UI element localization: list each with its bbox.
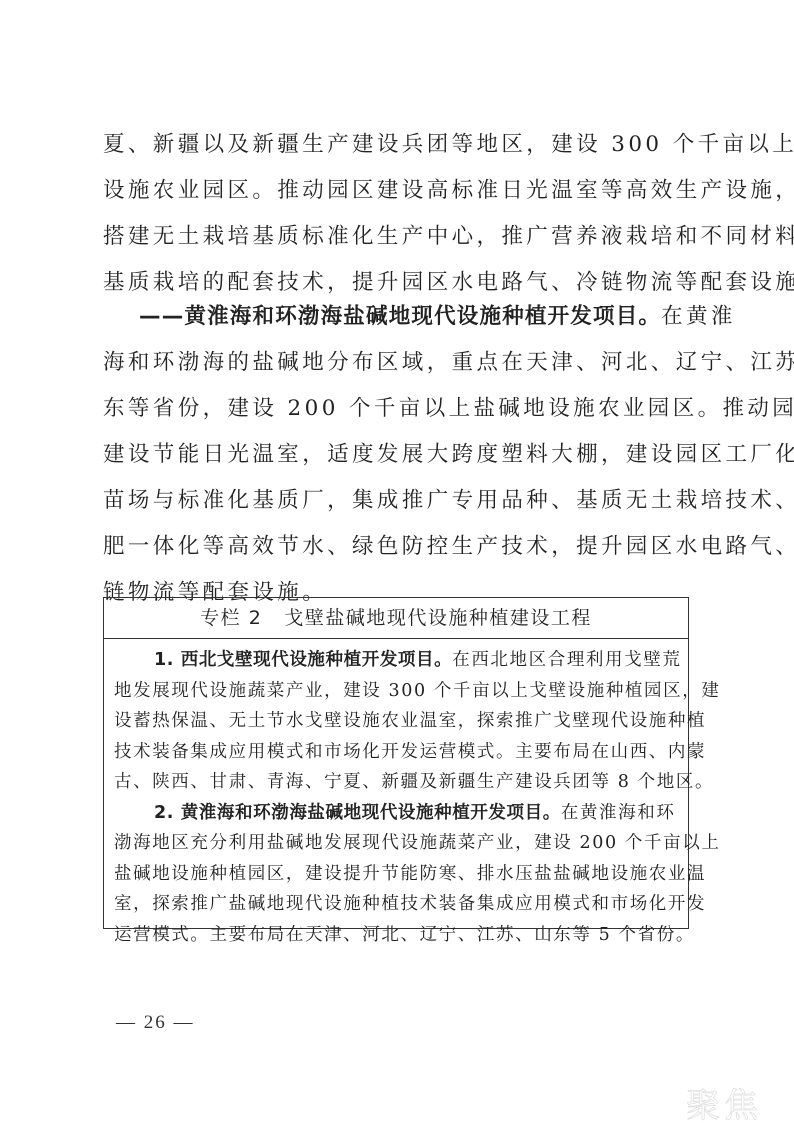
text-line: 古、陕西、甘肃、青海、宁夏、新疆及新疆生产建设兵团等 8 个地区。 [114, 767, 680, 798]
box-title: 专栏 2戈壁盐碱地现代设施种植建设工程 [104, 598, 688, 639]
text-line: ——黄淮海和环渤海盐碱地现代设施种植开发项目。在黄淮 [103, 294, 693, 340]
sidebar-box-column-2: 专栏 2戈壁盐碱地现代设施种植建设工程 1. 西北戈壁现代设施种植开发项目。在西… [103, 597, 689, 929]
text-line: 夏、新疆以及新疆生产建设兵团等地区，建设 300 个千亩以上戈壁 [103, 122, 693, 168]
box-body: 1. 西北戈壁现代设施种植开发项目。在西北地区合理利用戈壁荒 地发展现代设施蔬菜… [104, 639, 688, 950]
text-line: 搭建无土栽培基质标准化生产中心，推广营养液栽培和不同材料 [103, 214, 693, 260]
text-line: 设施农业园区。推动园区建设高标准日光温室等高效生产设施， [103, 168, 693, 214]
section-heading: ——黄淮海和环渤海盐碱地现代设施种植开发项目。 [139, 304, 661, 329]
text-fragment: 在西北地区合理利用戈壁荒 [452, 650, 681, 670]
text-line: 东等省份，建设 200 个千亩以上盐碱地设施农业园区。推动园区 [103, 386, 693, 432]
text-line: 海和环渤海的盐碱地分布区域，重点在天津、河北、辽宁、江苏、山 [103, 340, 693, 386]
text-line: 肥一体化等高效节水、绿色防控生产技术，提升园区水电路气、冷 [103, 524, 693, 570]
text-fragment: 在黄淮海和环 [561, 803, 676, 823]
text-line: 技术装备集成应用模式和市场化开发运营模式。主要布局在山西、内蒙 [114, 737, 680, 768]
watermark: 聚焦 [686, 1078, 762, 1123]
text-line: 1. 西北戈壁现代设施种植开发项目。在西北地区合理利用戈壁荒 [114, 645, 680, 676]
box-title-label: 专栏 2 [200, 607, 262, 629]
text-line: 建设节能日光温室，适度发展大跨度塑料大棚，建设园区工厂化种 [103, 432, 693, 478]
text-line: 渤海地区充分利用盐碱地发展现代设施蔬菜产业，建设 200 个千亩以上 [114, 828, 680, 859]
item-heading: 1. 西北戈壁现代设施种植开发项目。 [154, 650, 452, 670]
text-line: 2. 黄淮海和环渤海盐碱地现代设施种植开发项目。在黄淮海和环 [114, 798, 680, 829]
page-number: — 26 — [116, 1012, 195, 1034]
text-line: 运营模式。主要布局在天津、河北、辽宁、江苏、山东等 5 个省份。 [114, 920, 680, 951]
text-line: 盐碱地设施种植园区，建设提升节能防寒、排水压盐盐碱地设施农业温 [114, 859, 680, 890]
text-fragment: 在黄淮 [661, 304, 736, 329]
text-line: 设蓄热保温、无土节水戈壁设施农业温室，探索推广戈壁现代设施种植 [114, 706, 680, 737]
item-heading: 2. 黄淮海和环渤海盐碱地现代设施种植开发项目。 [154, 803, 561, 823]
paragraph-northwest-continued: 夏、新疆以及新疆生产建设兵团等地区，建设 300 个千亩以上戈壁 设施农业园区。… [103, 122, 693, 306]
text-line: 室，探索推广盐碱地现代设施种植技术装备集成应用模式和市场化开发 [114, 889, 680, 920]
paragraph-huanghuaihai-project: ——黄淮海和环渤海盐碱地现代设施种植开发项目。在黄淮 海和环渤海的盐碱地分布区域… [103, 294, 693, 616]
text-line: 苗场与标准化基质厂，集成推广专用品种、基质无土栽培技术、水 [103, 478, 693, 524]
text-line: 地发展现代设施蔬菜产业，建设 300 个千亩以上戈壁设施种植园区，建 [114, 676, 680, 707]
box-title-text: 戈壁盐碱地现代设施种植建设工程 [284, 607, 592, 629]
